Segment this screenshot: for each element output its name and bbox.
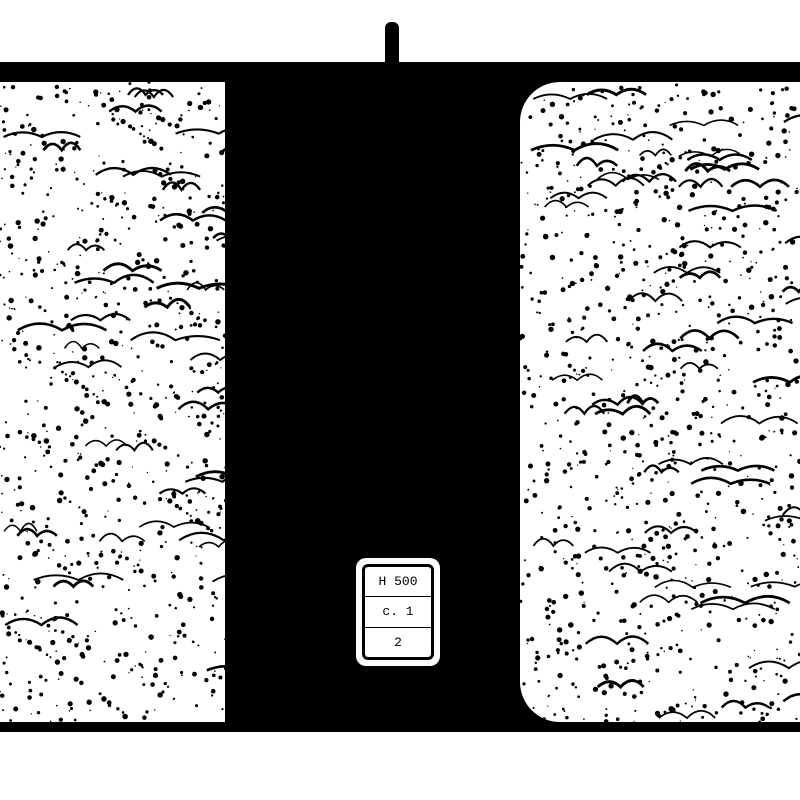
marbled-board-right <box>520 82 800 722</box>
label-line-volume: 2 <box>365 628 431 657</box>
library-call-number-label: H 500 c. 1 2 <box>356 558 440 666</box>
label-line-classmark: H 500 <box>365 567 431 597</box>
label-line-copy: c. 1 <box>365 597 431 627</box>
